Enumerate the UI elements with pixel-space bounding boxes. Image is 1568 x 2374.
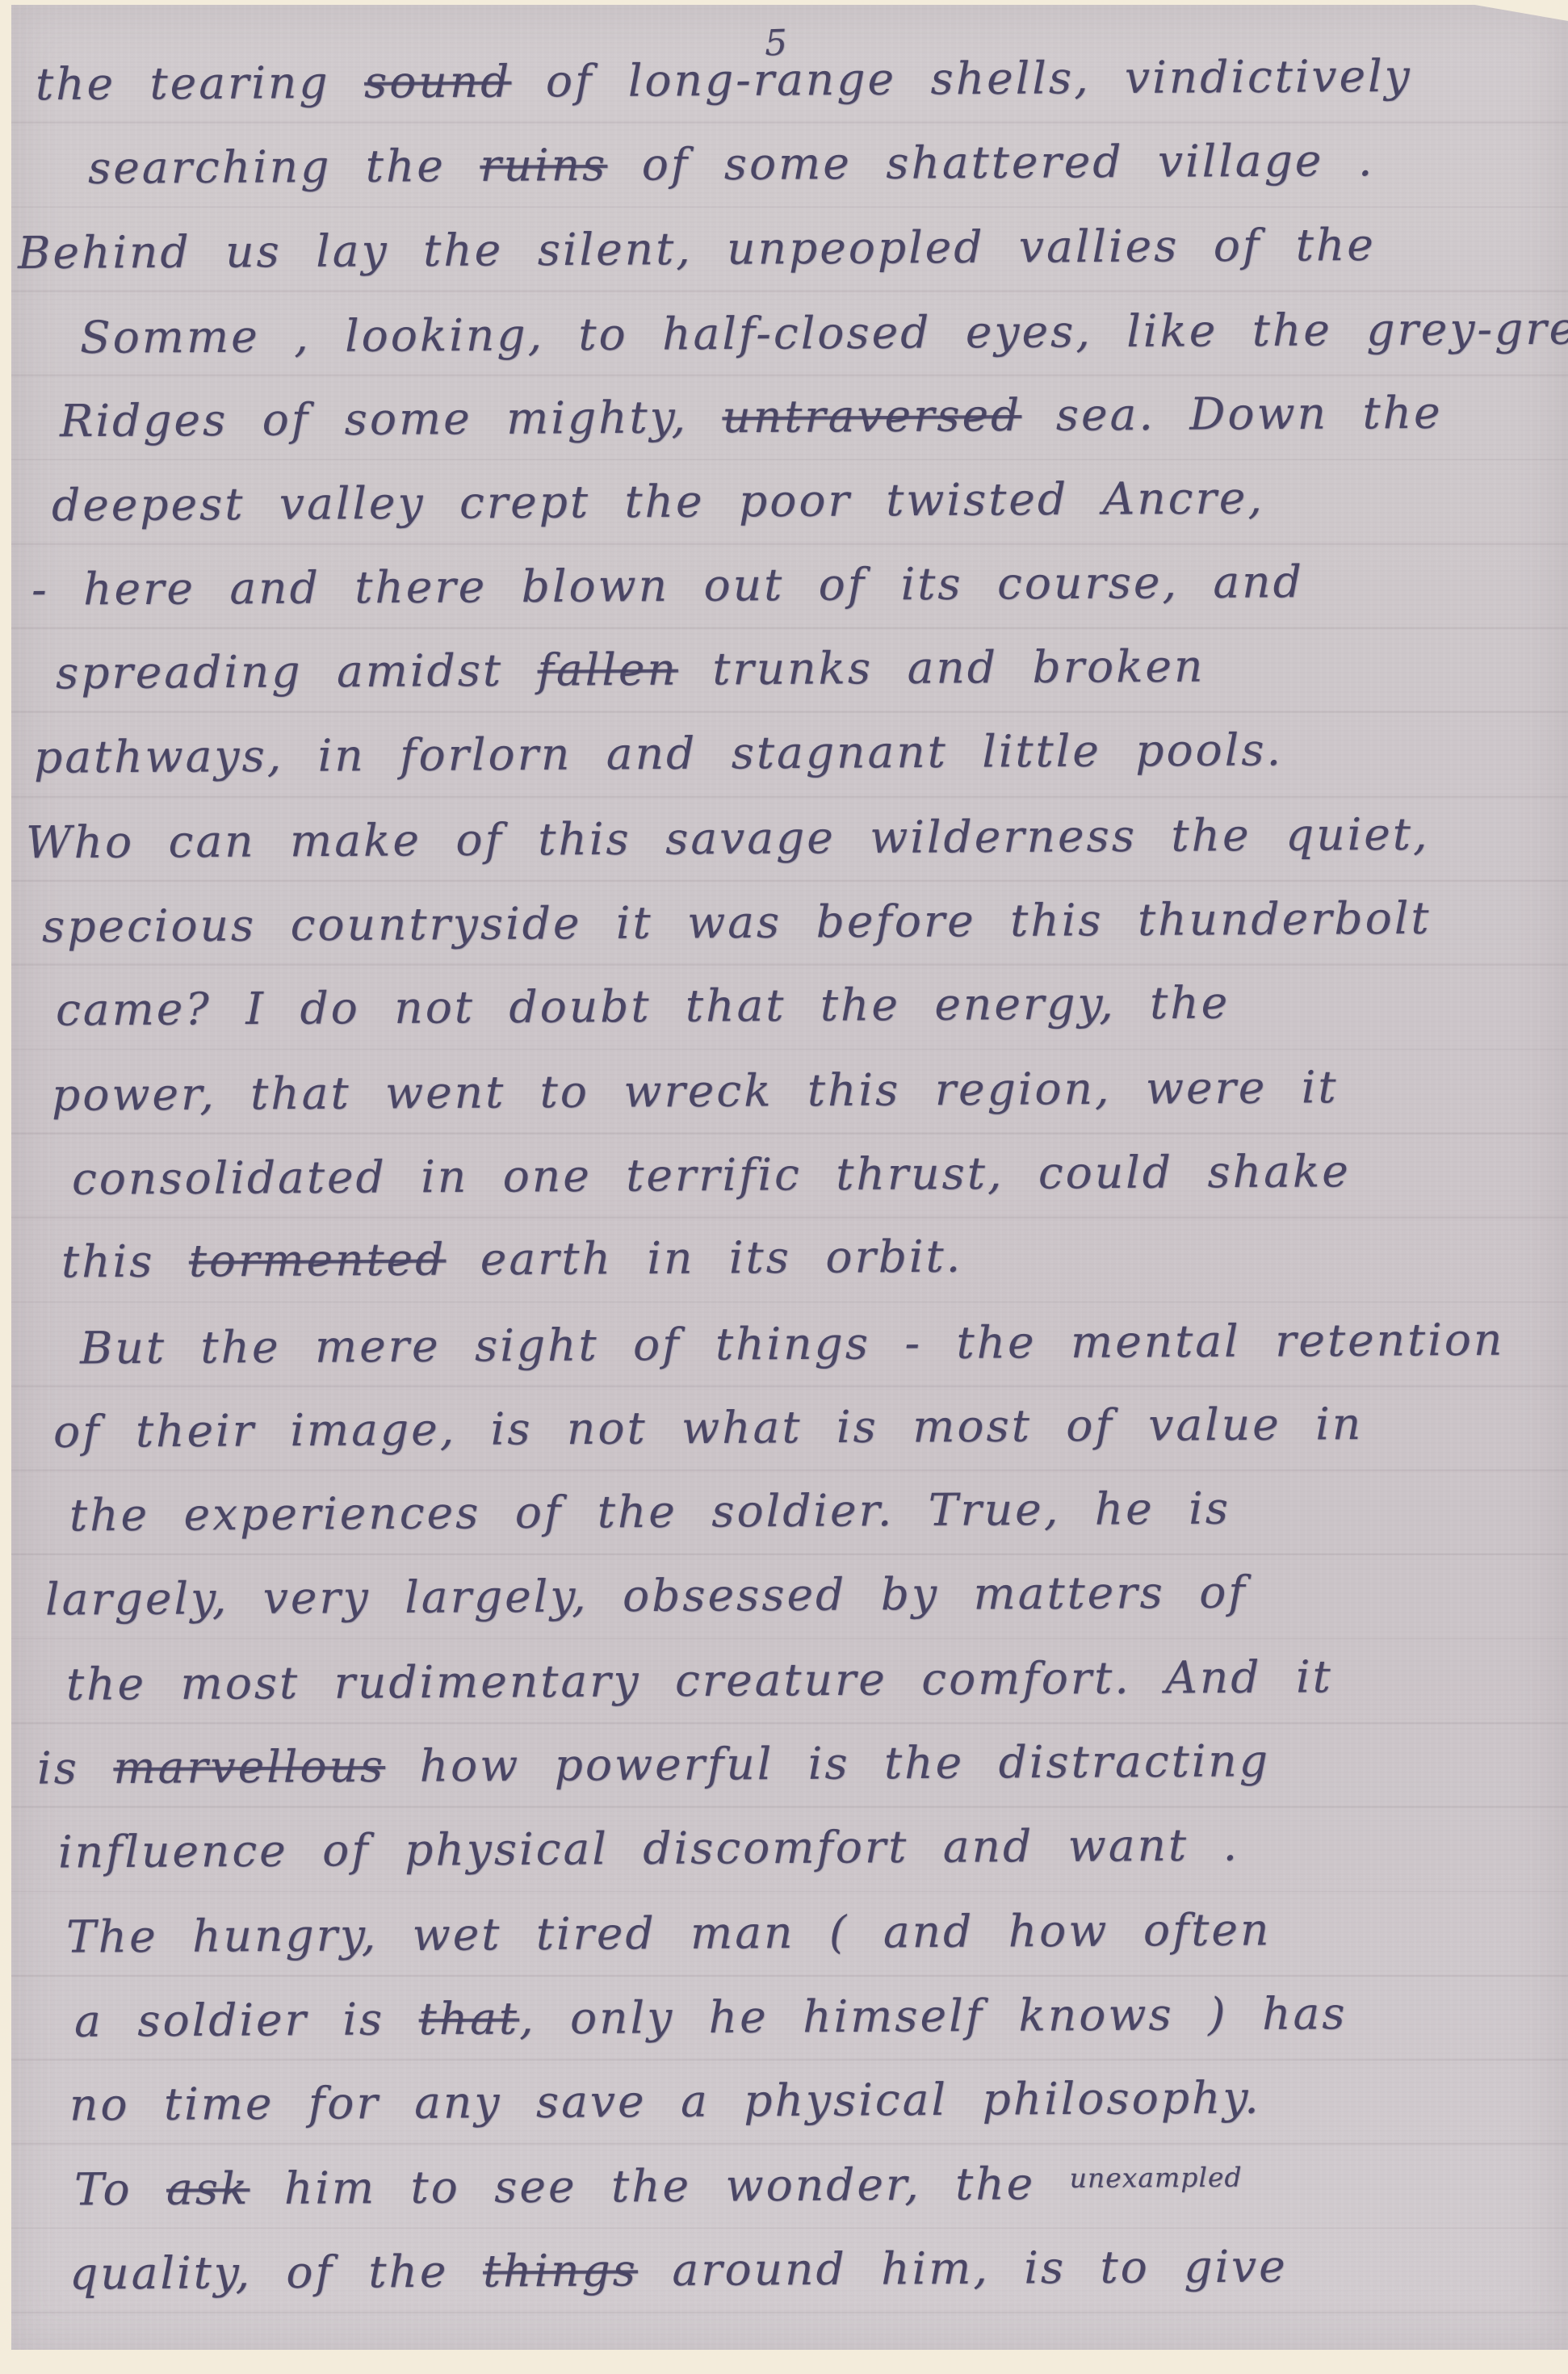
handwritten-text: of some shattered village . — [607, 134, 1374, 191]
handwritten-text: trunks and broken — [678, 640, 1205, 695]
handwritten-text: consolidated in one terrific thrust, cou… — [72, 1145, 1351, 1205]
handwritten-line-17: of their image, is not what is most of v… — [53, 1402, 1363, 1454]
handwritten-text: came? I do not doubt that the energy, th… — [56, 977, 1231, 1036]
handwritten-text: sea. Down the — [1021, 387, 1443, 441]
struck-word: ask — [166, 2162, 250, 2215]
handwritten-text: earth in its orbit. — [446, 1231, 962, 1286]
handwritten-line-26: To ask him to see the wonder, the unexam… — [74, 2160, 1243, 2212]
scanned-letter-page: 5 the tearing sound of long-range shells… — [0, 0, 1568, 2374]
handwritten-line-27: quality, of the things around him, is to… — [69, 2244, 1288, 2296]
handwritten-line-5: Ridges of some mighty, untraversed sea. … — [60, 391, 1443, 443]
handwritten-text: But the mere sight of things - the menta… — [80, 1313, 1505, 1374]
handwritten-text: this — [61, 1235, 189, 1288]
handwritten-text: no time for any save a physical philosop… — [69, 2072, 1261, 2131]
handwritten-text: the experiences of the soldier. True, he… — [69, 1483, 1231, 1541]
handwritten-text: - here and there blown out of its course… — [31, 556, 1304, 615]
struck-word: ruins — [480, 139, 607, 191]
handwritten-text: influence of physical discomfort and wan… — [58, 1819, 1239, 1878]
handwritten-line-15: this tormented earth in its orbit. — [61, 1235, 962, 1285]
handwritten-line-10: Who can make of this savage wilderness t… — [26, 812, 1430, 865]
handwritten-text: deepest valley crept the poor twisted An… — [52, 472, 1264, 531]
handwritten-text: Ridges of some mighty, — [60, 391, 723, 447]
handwritten-text: how powerful is the distracting — [385, 1734, 1270, 1792]
handwritten-line-13: power, that went to wreck this region, w… — [52, 1065, 1339, 1118]
struck-word: tormented — [189, 1234, 447, 1287]
handwritten-text: around him, is to give — [638, 2240, 1288, 2296]
handwritten-text: specious countryside it was before this … — [42, 892, 1432, 953]
handwritten-text: of their image, is not what is most of v… — [53, 1398, 1364, 1458]
handwritten-line-23: The hungry, wet tired man ( and how ofte… — [66, 1907, 1272, 1959]
handwritten-line-20: the most rudimentary creature comfort. A… — [66, 1655, 1333, 1707]
struck-word: things — [483, 2244, 638, 2296]
handwritten-text: power, that went to wreck this region, w… — [52, 1061, 1339, 1121]
handwritten-text: quality, of the — [69, 2245, 483, 2299]
handwritten-line-12: came? I do not doubt that the energy, th… — [56, 981, 1231, 1033]
handwritten-text: Behind us lay the silent, unpeopled vall… — [18, 218, 1376, 278]
handwritten-text: Who can make of this savage wilderness t… — [26, 807, 1430, 868]
handwritten-text: searching the — [88, 140, 480, 194]
struck-word: that — [418, 1992, 519, 2045]
handwritten-text: Somme , looking, to half-closed eyes, li… — [80, 302, 1568, 363]
manuscript-paper: 5 the tearing sound of long-range shells… — [11, 5, 1568, 2350]
handwritten-text: is — [37, 1742, 114, 1794]
handwritten-text: a soldier is — [74, 1993, 419, 2047]
handwritten-line-24: a soldier is that, only he himself knows… — [74, 1991, 1348, 2044]
handwritten-line-7: - here and there blown out of its course… — [31, 560, 1304, 612]
handwritten-text: pathways, in forlorn and stagnant little… — [34, 724, 1283, 783]
handwritten-line-6: deepest valley crept the poor twisted An… — [52, 476, 1264, 527]
handwritten-text: The hungry, wet tired man ( and how ofte… — [66, 1903, 1272, 1962]
handwritten-line-1: the tearing sound of long-range shells, … — [36, 54, 1412, 107]
handwritten-text: spreading amidst — [56, 644, 538, 699]
struck-word: sound — [364, 56, 512, 108]
handwritten-line-19: largely, very largely, obsessed by matte… — [45, 1571, 1247, 1622]
handwritten-line-11: specious countryside it was before this … — [42, 896, 1432, 950]
handwritten-text: the tearing — [36, 57, 364, 110]
handwritten-text: To — [74, 2162, 166, 2215]
handwritten-text: of long-range shells, vindictively — [511, 50, 1412, 107]
handwritten-text: him to see the wonder, the — [249, 2157, 1070, 2213]
handwritten-text: unexampled — [1070, 2161, 1243, 2193]
handwritten-line-21: is marvellous how powerful is the distra… — [37, 1739, 1270, 1790]
handwritten-line-3: Behind us lay the silent, unpeopled vall… — [18, 222, 1376, 275]
handwritten-line-25: no time for any save a physical philosop… — [69, 2076, 1261, 2128]
handwritten-line-22: influence of physical discomfort and wan… — [58, 1823, 1239, 1875]
handwritten-line-2: searching the ruins of some shattered vi… — [88, 138, 1375, 191]
struck-word: fallen — [537, 644, 678, 696]
handwritten-text: , only he himself knows ) has — [519, 1987, 1348, 2044]
handwritten-line-14: consolidated in one terrific thrust, cou… — [72, 1149, 1351, 1202]
handwritten-line-8: spreading amidst fallen trunks and broke… — [56, 644, 1205, 696]
struck-word: untraversed — [722, 389, 1021, 443]
handwritten-line-18: the experiences of the soldier. True, he… — [69, 1487, 1231, 1538]
handwritten-line-9: pathways, in forlorn and stagnant little… — [34, 728, 1283, 780]
handwritten-line-4: Somme , looking, to half-closed eyes, li… — [80, 306, 1568, 360]
struck-word: marvellous — [113, 1740, 385, 1793]
handwritten-line-16: But the mere sight of things - the menta… — [80, 1317, 1505, 1370]
handwritten-text: largely, very largely, obsessed by matte… — [45, 1567, 1247, 1625]
handwritten-text: the most rudimentary creature comfort. A… — [66, 1650, 1333, 1710]
